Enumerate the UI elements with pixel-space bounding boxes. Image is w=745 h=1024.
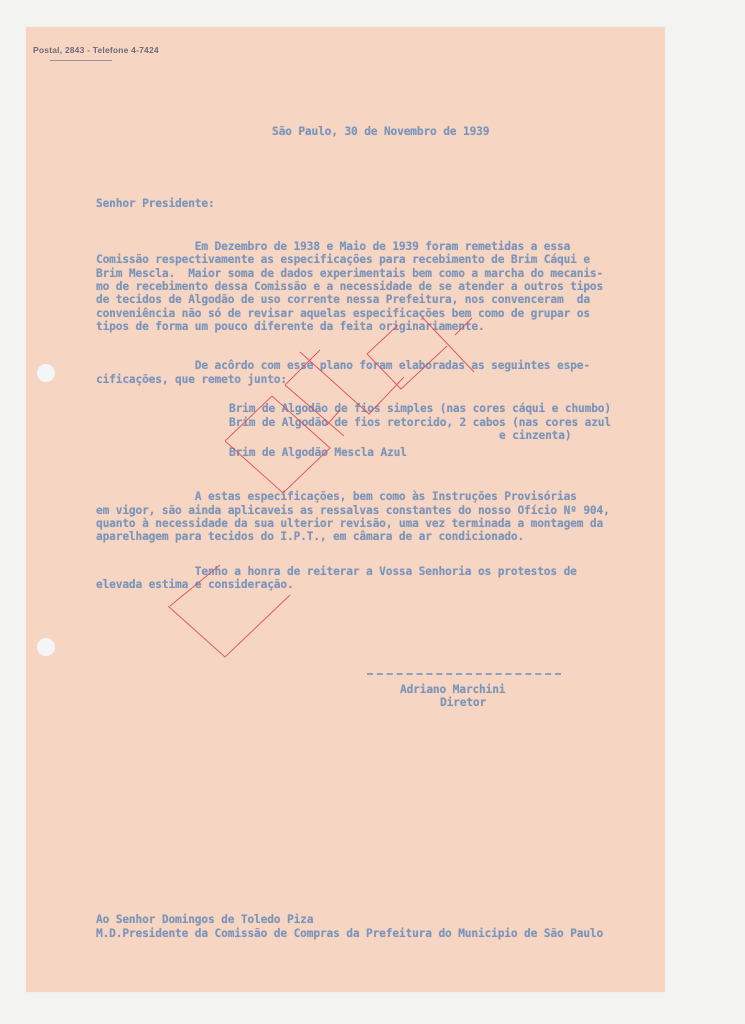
text-line: Brim Mescla. Maior soma de dados experim… (96, 267, 603, 281)
text-line: Comissão respectivamente as especificaçõ… (96, 253, 590, 267)
date-line: São Paulo, 30 de Novembro de 1939 (272, 125, 489, 139)
text-line: A estas especificações, bem como às Inst… (96, 490, 577, 504)
signature-line (367, 673, 561, 675)
text-line: conveniência não só de revisar aquelas e… (96, 307, 590, 321)
text-line: tipos de forma um pouco diferente da fei… (96, 320, 485, 334)
spec-item: Brim de Algodão de fios simples (nas cor… (229, 402, 611, 416)
letterhead-rule (50, 60, 112, 61)
spec-item-continuation: e cinzenta) (229, 429, 571, 443)
salutation: Senhor Presidente: (96, 197, 215, 211)
addressee-line: Ao Senhor Domingos de Toledo Piza (96, 913, 313, 927)
text-line: Em Dezembro de 1938 e Maio de 1939 foram… (96, 240, 570, 254)
punch-hole-top (37, 364, 55, 382)
text-line: Tenho a honra de reiterar a Vossa Senhor… (96, 565, 577, 579)
text-line: em vigor, são ainda aplicaveis as ressal… (96, 504, 610, 518)
text-line: elevada estima e consideração. (96, 578, 294, 592)
text-line: De acôrdo com esse plano foram elaborada… (96, 359, 590, 373)
text-line: aparelhagem para tecidos do I.P.T., em c… (96, 530, 524, 544)
text-line: mo de recebimento dessa Comissão e a nec… (96, 280, 603, 294)
text-line: de tecidos de Algodão de uso corrente ne… (96, 293, 590, 307)
letterhead-contact: Postal, 2843 - Telefone 4-7424 (33, 45, 159, 55)
text-line: cificações, que remeto junto: (96, 373, 287, 387)
signatory-name: Adriano Marchini (400, 683, 505, 697)
spec-item: Brim de Algodão de fios retorcido, 2 cab… (229, 416, 611, 430)
addressee-line: M.D.Presidente da Comissão de Compras da… (96, 927, 603, 941)
signatory-title: Diretor (440, 696, 486, 710)
spec-item: Brim de Algodão Mescla Azul (229, 446, 407, 460)
text-line: quanto à necessidade da sua ulterior rev… (96, 517, 603, 531)
punch-hole-bottom (37, 638, 55, 656)
